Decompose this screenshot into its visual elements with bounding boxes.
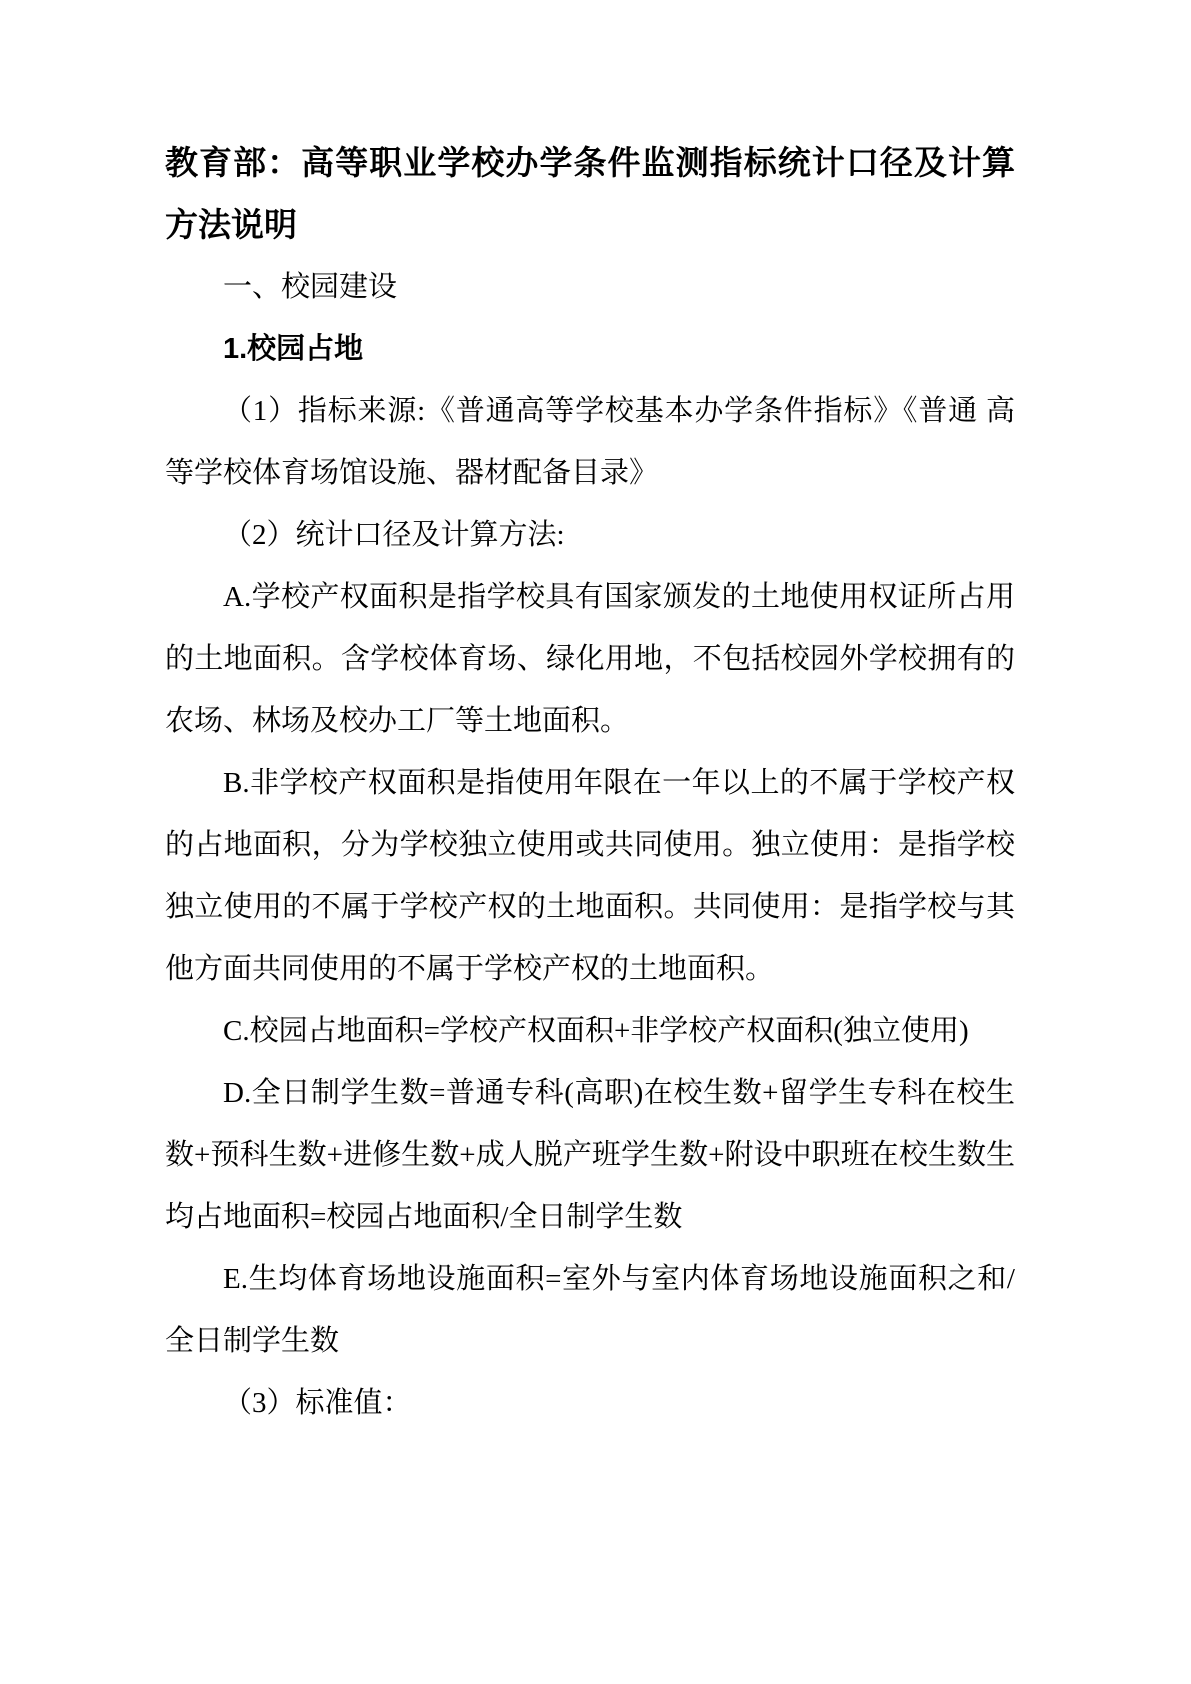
para-item-a: A.学校产权面积是指学校具有国家颁发的土地使用权证所占用的土地面积。含学校体育场…: [165, 566, 1015, 752]
para-item-d: D.全日制学生数=普通专科(高职)在校生数+留学生专科在校生数+预科生数+进修生…: [165, 1062, 1015, 1248]
document-page: 教育部：高等职业学校办学条件监测指标统计口径及计算方法说明 一、校园建设 1.校…: [0, 0, 1191, 1684]
para-standard-value: （3）标准值：: [165, 1372, 1015, 1434]
heading-section-one: 一、校园建设: [165, 256, 1015, 318]
para-method-heading: （2）统计口径及计算方法:: [165, 504, 1015, 566]
para-item-e: E.生均体育场地设施面积=室外与室内体育场地设施面积之和/全日制学生数: [165, 1248, 1015, 1372]
para-indicator-source: （1）指标来源:《普通高等学校基本办学条件指标》《普通 高等学校体育场馆设施、器…: [165, 380, 1015, 504]
para-item-c: C.校园占地面积=学校产权面积+非学校产权面积(独立使用): [165, 1000, 1015, 1062]
doc-title: 教育部：高等职业学校办学条件监测指标统计口径及计算方法说明: [165, 132, 1015, 256]
para-item-b: B.非学校产权面积是指使用年限在一年以上的不属于学校产权的占地面积，分为学校独立…: [165, 752, 1015, 1000]
heading-campus-land: 1.校园占地: [165, 318, 1015, 380]
